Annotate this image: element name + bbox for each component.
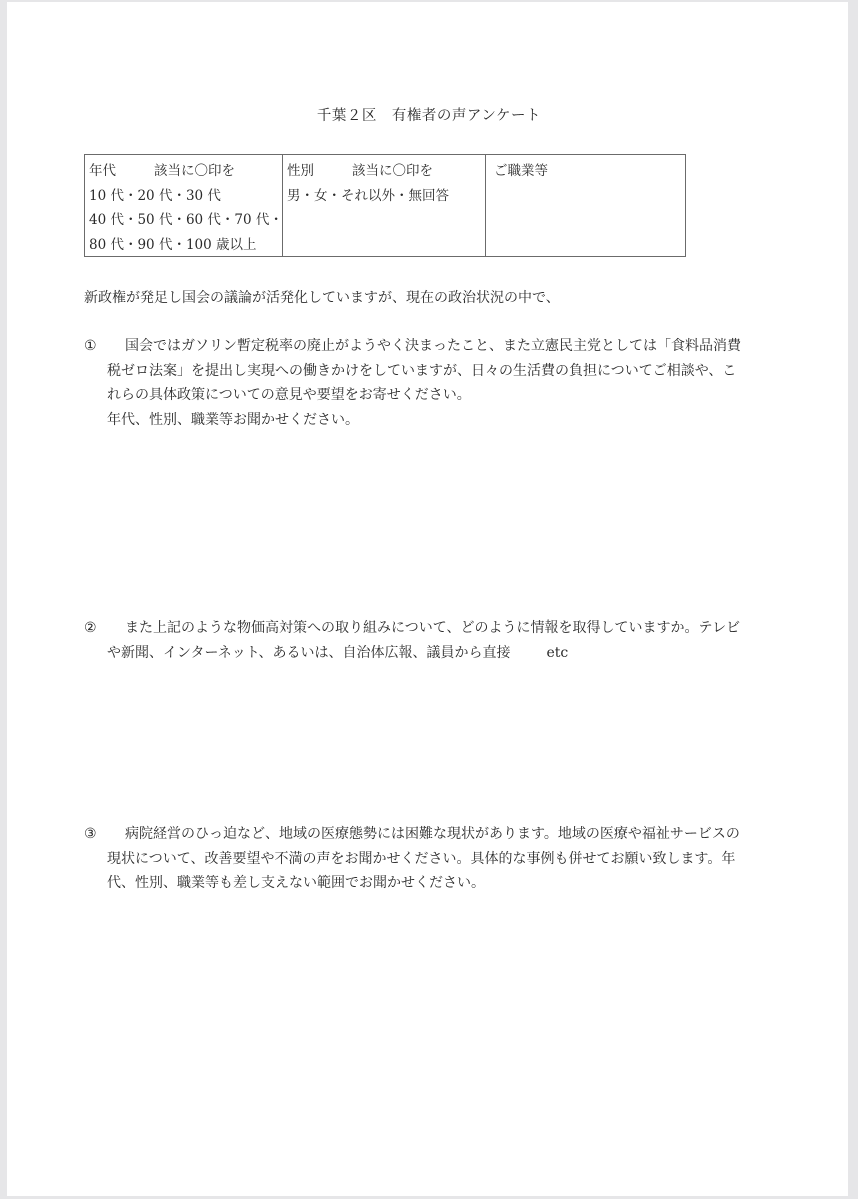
question-text-line: 年代、性別、職業等お聞かせください。 bbox=[84, 408, 784, 433]
question-number: ③ bbox=[84, 822, 97, 847]
question-text-line: 病院経営のひっ迫など、地域の医療態勢には困難な現状があります。地域の医療や福祉サ… bbox=[84, 822, 784, 847]
question-text-line: 税ゼロ法案」を提出し実現への働きかけをしていますが、日々の生活費の負担についてご… bbox=[84, 359, 784, 384]
gender-cell[interactable]: 性別該当に〇印を 男・女・それ以外・無回答 bbox=[283, 155, 486, 256]
question-text-line: れらの具体政策についての意見や要望をお寄せください。 bbox=[84, 383, 784, 408]
gender-label: 性別 bbox=[287, 163, 314, 179]
occupation-cell[interactable]: ご職業等 bbox=[486, 155, 685, 256]
question-3: ③ 病院経営のひっ迫など、地域の医療態勢には困難な現状があります。地域の医療や福… bbox=[84, 822, 784, 896]
age-options-line[interactable]: 40 代・50 代・60 代・70 代・ bbox=[89, 208, 278, 233]
gender-header: 性別該当に〇印を bbox=[287, 159, 481, 184]
question-text-line: や新聞、インターネット、あるいは、自治体広報、議員から直接etc bbox=[84, 641, 784, 666]
age-instruction: 該当に〇印を bbox=[154, 163, 235, 179]
occupation-label: ご職業等 bbox=[494, 159, 681, 184]
question-text-line: 国会ではガソリン暫定税率の廃止がようやく決まったこと、また立憲民主党としては「食… bbox=[84, 334, 784, 359]
age-options-line[interactable]: 10 代・20 代・30 代 bbox=[89, 184, 278, 209]
intro-text: 新政権が発足し国会の議論が活発化していますが、現在の政治状況の中で、 bbox=[84, 287, 560, 307]
document-title: 千葉２区 有権者の声アンケート bbox=[0, 104, 858, 125]
age-options-line[interactable]: 80 代・90 代・100 歳以上 bbox=[89, 233, 278, 258]
question-text-line: 代、性別、職業等も差し支えない範囲でお聞かせください。 bbox=[84, 871, 784, 896]
question-text-line: 現状について、改善要望や不満の声をお聞かせください。具体的な事例も併せてお願い致… bbox=[84, 847, 784, 872]
age-label: 年代 bbox=[89, 163, 116, 179]
age-header: 年代該当に〇印を bbox=[89, 159, 278, 184]
gender-instruction: 該当に〇印を bbox=[352, 163, 433, 179]
question-text-line: また上記のような物価高対策への取り組みについて、どのように情報を取得していますか… bbox=[84, 616, 784, 641]
age-cell[interactable]: 年代該当に〇印を 10 代・20 代・30 代 40 代・50 代・60 代・7… bbox=[85, 155, 283, 256]
gender-options-line[interactable]: 男・女・それ以外・無回答 bbox=[287, 184, 481, 209]
etc-text: etc bbox=[546, 645, 568, 661]
question-number: ① bbox=[84, 334, 97, 359]
question-text-segment: や新聞、インターネット、あるいは、自治体広報、議員から直接 bbox=[107, 645, 510, 661]
respondent-info-table: 年代該当に〇印を 10 代・20 代・30 代 40 代・50 代・60 代・7… bbox=[84, 154, 686, 257]
question-2: ② また上記のような物価高対策への取り組みについて、どのように情報を取得していま… bbox=[84, 616, 784, 665]
question-1: ① 国会ではガソリン暫定税率の廃止がようやく決まったこと、また立憲民主党としては… bbox=[84, 334, 784, 432]
question-number: ② bbox=[84, 616, 97, 641]
